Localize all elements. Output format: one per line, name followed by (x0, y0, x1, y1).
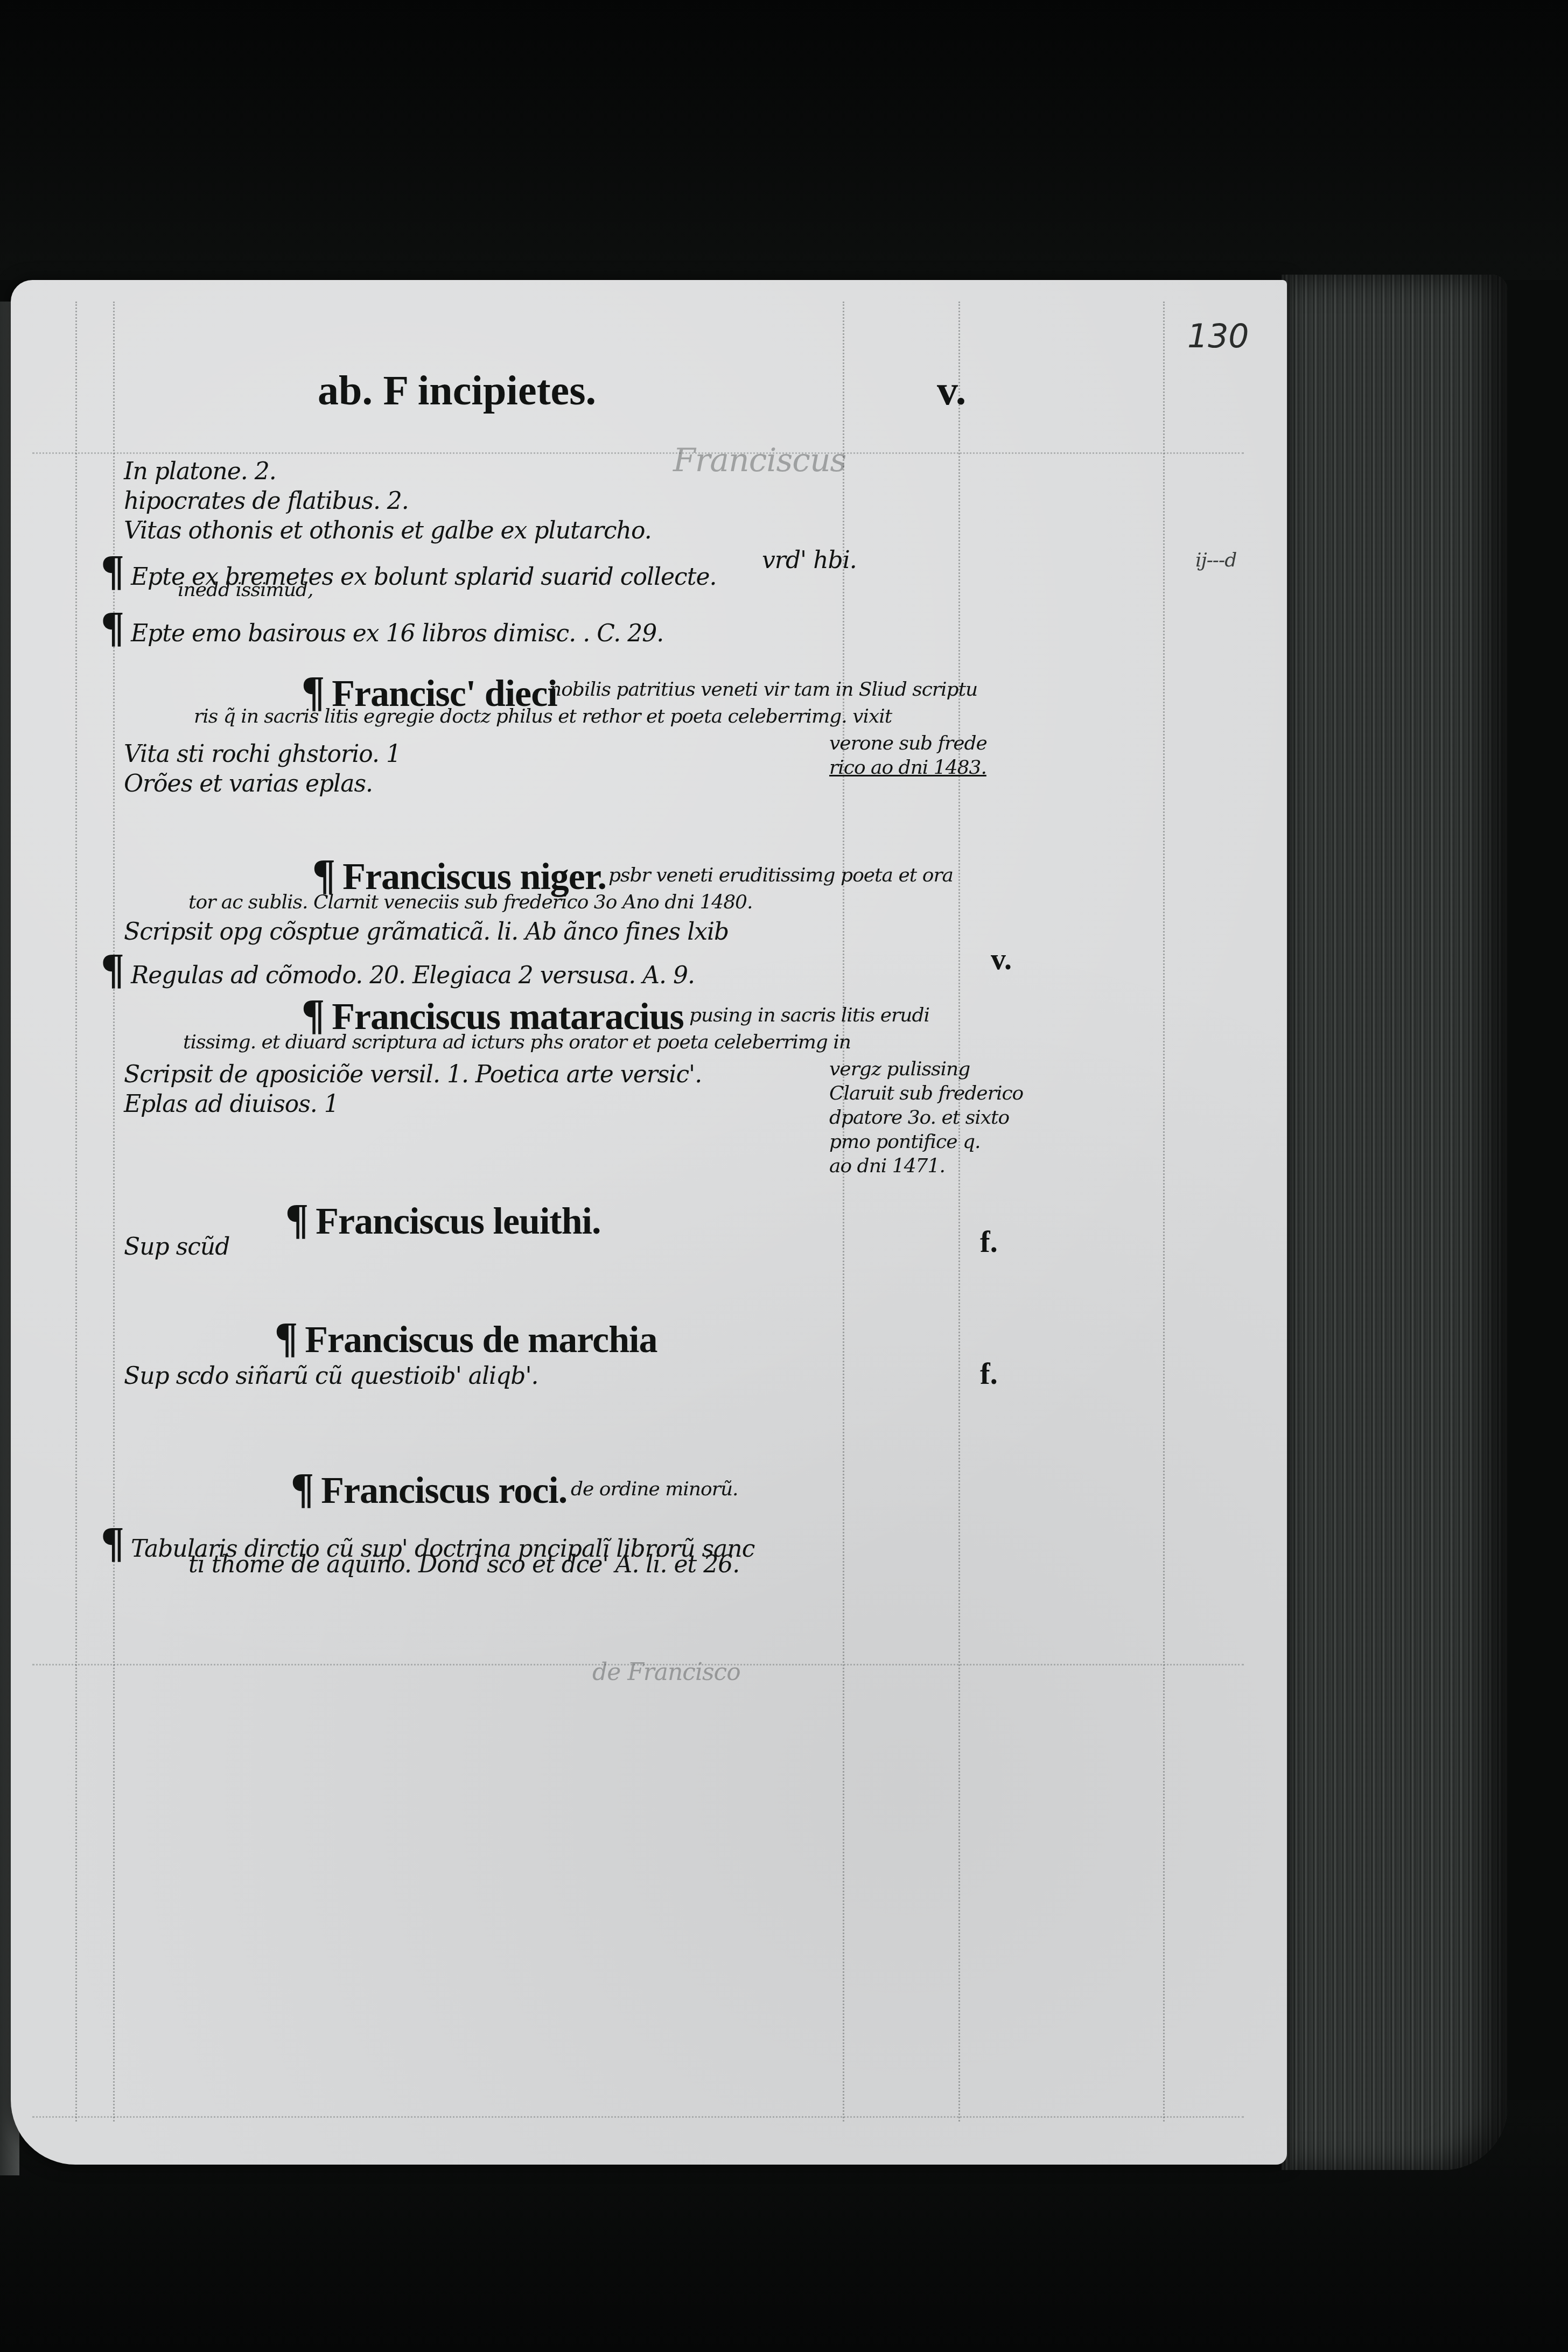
entry-line: Epte emo basirous ex 16 libros dimisc. .… (131, 620, 663, 647)
pilcrow-icon: ¶ (102, 1519, 123, 1566)
pilcrow-icon: ¶ (102, 946, 123, 993)
column-mark: v. (991, 942, 1012, 977)
margin-note: ij---d (1195, 549, 1236, 571)
pilcrow-icon: ¶ (102, 604, 123, 651)
author-bio: tissimg. et diuard scriptura ad icturs p… (183, 1031, 851, 1053)
work-title: Orões et varias eplas. (124, 770, 373, 797)
pilcrow-icon: ¶ (291, 1465, 313, 1513)
manuscript-page: 130 ab. F incipietes. v. Franciscus In p… (11, 280, 1287, 2165)
ruling-line (75, 302, 77, 2122)
work-title: Sup scũd (124, 1233, 229, 1261)
ruling-line (1163, 302, 1165, 2122)
author-bio: nobilis patritius veneti vir tam in Sliu… (549, 678, 977, 701)
side-note: vergz pulissing (829, 1058, 970, 1080)
entry-line: In platone. 2. (124, 458, 276, 485)
bleed-through-text: Franciscus (673, 442, 846, 479)
entry-line: Vitas othonis et othonis et galbe ex plu… (124, 517, 652, 544)
work-title: Sup scdo siñarũ cũ questioib' aliqb'. (124, 1362, 538, 1390)
author-name: Franciscus de marchia (305, 1319, 657, 1361)
ruling-line (32, 2116, 1244, 2118)
ruling-line (32, 452, 1244, 454)
entry-line: hipocrates de flatibus. 2. (124, 487, 409, 515)
author-bio: psbr veneti eruditissimg poeta et ora (608, 864, 953, 886)
work-title: Regulas ad cõmodo. 20. Elegiaca 2 versus… (131, 962, 695, 989)
side-note: dpatore 3o. et sixto (829, 1107, 1009, 1129)
side-note: Claruit sub frederico (829, 1082, 1023, 1104)
work-title: ti thome de aquino. Dond sco et dce' A. … (188, 1551, 739, 1578)
ruling-line (843, 302, 844, 2122)
pilcrow-icon: ¶ (102, 547, 123, 594)
work-title: Scripsit opg cõsptue grãmaticã. li. Ab ã… (124, 918, 729, 946)
entry-line: inedd issimud, (178, 579, 313, 601)
column-mark: f. (980, 1225, 998, 1259)
author-name: Franciscus roci. (321, 1470, 567, 1511)
work-title: Vita sti rochi ghstorio. 1 (124, 740, 401, 768)
side-note: pmo pontifice q. (829, 1131, 980, 1153)
side-note: vrd' hbi. (762, 547, 857, 574)
folio-number: 130 (1187, 318, 1249, 355)
work-title: Eplas ad diuisos. 1 (124, 1090, 339, 1118)
author-bio: ris q̃ in sacris litis egregie doctz phi… (194, 705, 892, 727)
pilcrow-icon: ¶ (275, 1314, 297, 1362)
author-bio: tor ac sublis. Clarnit veneciis sub fred… (188, 891, 752, 913)
pilcrow-icon: ¶ (285, 1196, 308, 1243)
column-letter: v. (937, 366, 966, 415)
page-title: ab. F incipietes. (318, 366, 596, 415)
dark-backdrop-top (0, 0, 1568, 280)
side-note: ao dni 1471. (829, 1155, 945, 1177)
bleed-through-text: de Francisco (592, 1658, 740, 1686)
work-title: Scripsit de qposiciõe versil. 1. Poetica… (124, 1061, 702, 1088)
author-name: Franciscus leuithi. (316, 1201, 600, 1242)
book-fore-edge (1282, 275, 1508, 2170)
side-note: rico ao dni 1483. (829, 757, 986, 779)
ruling-line (958, 302, 960, 2122)
column-mark: f. (980, 1357, 998, 1391)
side-note: verone sub frede (829, 732, 987, 754)
author-name-suffix: de ordine minorũ. (571, 1478, 738, 1500)
author-bio: pusing in sacris litis erudi (689, 1004, 929, 1026)
